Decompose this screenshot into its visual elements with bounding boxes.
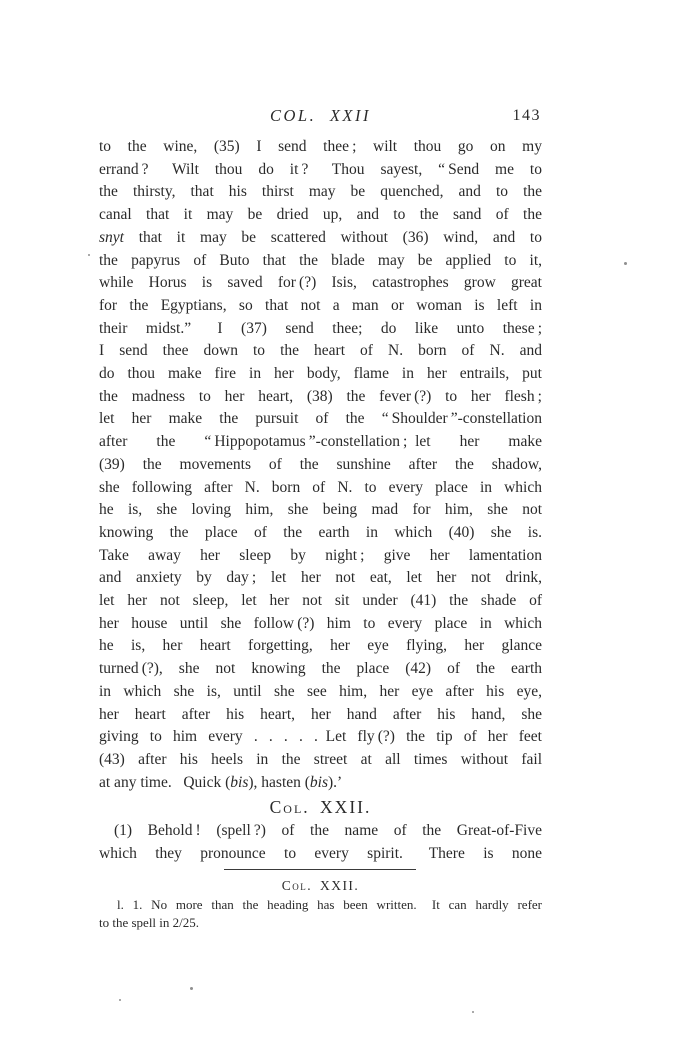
text-segment: turned (?), she not knowing the place (4… bbox=[99, 660, 542, 677]
text-segment: ).’ bbox=[328, 774, 342, 791]
text-line: her house until she follow (?) him to ev… bbox=[99, 613, 542, 636]
text-segment: while Horus is saved for (?) Isis, catas… bbox=[99, 274, 542, 291]
text-line: l. 1. No more than the heading has been … bbox=[99, 896, 542, 914]
text-segment: their midst.” I (37) send thee; do like … bbox=[99, 320, 542, 337]
text-segment: I send thee down to the heart of N. born… bbox=[99, 342, 542, 359]
text-segment: the thirsty, that his thirst may be quen… bbox=[99, 183, 542, 200]
text-segment: giving to him every . . . . . Let fly (?… bbox=[99, 728, 542, 745]
text-segment: after the “ Hippopotamus ”-constellation… bbox=[99, 433, 542, 450]
scan-speck bbox=[624, 262, 627, 265]
text-line: canal that it may be dried up, and to th… bbox=[99, 204, 542, 227]
text-segment: do thou make fire in her body, flame in … bbox=[99, 365, 542, 382]
text-line: I send thee down to the heart of N. born… bbox=[99, 340, 542, 363]
text-segment: knowing the place of the earth in which … bbox=[99, 524, 542, 541]
text-segment: let her not sleep, let her not sit under… bbox=[99, 592, 542, 609]
text-line: and anxiety by day ; let her not eat, le… bbox=[99, 567, 542, 590]
text-segment: she following after N. born of N. to eve… bbox=[99, 479, 542, 496]
text-line: he is, her heart forgetting, her eye fly… bbox=[99, 635, 542, 658]
footnote-separator-rule bbox=[224, 869, 416, 870]
text-segment: l. 1. No more than the heading has been … bbox=[117, 897, 542, 912]
text-segment: the madness to her heart, (38) the fever… bbox=[99, 388, 542, 405]
text-line: in which she is, until she see him, her … bbox=[99, 681, 542, 704]
text-segment: errand ? Wilt thou do it ? Thou sayest, … bbox=[99, 161, 542, 178]
text-segment: in which she is, until she see him, her … bbox=[99, 683, 542, 700]
scan-speck bbox=[119, 999, 121, 1001]
text-line: the thirsty, that his thirst may be quen… bbox=[99, 181, 542, 204]
body-paragraph: to the wine, (35) I send thee ; wilt tho… bbox=[99, 136, 542, 794]
italic-text: bis bbox=[310, 774, 328, 791]
text-segment: Take away her sleep by night ; give her … bbox=[99, 547, 542, 564]
text-line: the madness to her heart, (38) the fever… bbox=[99, 386, 542, 409]
text-line: for the Egyptians, so that not a man or … bbox=[99, 295, 542, 318]
text-segment: (1) Behold ! (spell ?) of the name of th… bbox=[114, 822, 542, 839]
text-segment: which they pronounce to every spirit. Th… bbox=[99, 845, 542, 862]
text-line: after the “ Hippopotamus ”-constellation… bbox=[99, 431, 542, 454]
text-line: while Horus is saved for (?) Isis, catas… bbox=[99, 272, 542, 295]
footnote-text: l. 1. No more than the heading has been … bbox=[99, 896, 542, 932]
text-line: errand ? Wilt thou do it ? Thou sayest, … bbox=[99, 159, 542, 182]
text-line: let her not sleep, let her not sit under… bbox=[99, 590, 542, 613]
text-line: she following after N. born of N. to eve… bbox=[99, 477, 542, 500]
text-segment: her heart after his heart, her hand afte… bbox=[99, 706, 542, 723]
text-line: their midst.” I (37) send thee; do like … bbox=[99, 318, 542, 341]
scan-speck bbox=[88, 254, 90, 256]
text-line: to the wine, (35) I send thee ; wilt tho… bbox=[99, 136, 542, 159]
text-line: (39) the movements of the sunshine after… bbox=[99, 454, 542, 477]
text-line: giving to him every . . . . . Let fly (?… bbox=[99, 726, 542, 749]
text-segment: canal that it may be dried up, and to th… bbox=[99, 206, 542, 223]
text-segment: her house until she follow (?) him to ev… bbox=[99, 615, 542, 632]
text-segment: to the spell in 2/25. bbox=[99, 915, 199, 930]
section-paragraph: (1) Behold ! (spell ?) of the name of th… bbox=[99, 820, 542, 865]
text-line: Take away her sleep by night ; give her … bbox=[99, 545, 542, 568]
text-line: do thou make fire in her body, flame in … bbox=[99, 363, 542, 386]
text-segment: he is, her heart forgetting, her eye fly… bbox=[99, 637, 542, 654]
text-segment: (43) after his heels in the street at al… bbox=[99, 751, 542, 768]
text-line: (43) after his heels in the street at al… bbox=[99, 749, 542, 772]
italic-text: snyt bbox=[99, 229, 124, 246]
text-segment: and anxiety by day ; let her not eat, le… bbox=[99, 569, 542, 586]
text-segment: he is, she loving him, she being mad for… bbox=[99, 501, 542, 518]
text-line: which they pronounce to every spirit. Th… bbox=[99, 843, 542, 866]
text-line: to the spell in 2/25. bbox=[99, 914, 542, 932]
text-line: (1) Behold ! (spell ?) of the name of th… bbox=[99, 820, 542, 843]
text-line: snyt that it may be scattered without (3… bbox=[99, 227, 542, 250]
text-segment: at any time. Quick ( bbox=[99, 774, 230, 791]
scan-speck bbox=[190, 987, 193, 990]
text-line: turned (?), she not knowing the place (4… bbox=[99, 658, 542, 681]
section-heading: Col. XXII. bbox=[99, 797, 542, 818]
text-segment: ), hasten ( bbox=[248, 774, 310, 791]
text-segment: that it may be scattered without (36) wi… bbox=[124, 229, 542, 246]
text-line: her heart after his heart, her hand afte… bbox=[99, 704, 542, 727]
italic-text: bis bbox=[230, 774, 248, 791]
text-line: he is, she loving him, she being mad for… bbox=[99, 499, 542, 522]
text-line: at any time. Quick (bis), hasten (bis).’ bbox=[99, 772, 542, 795]
text-line: the papyrus of Buto that the blade may b… bbox=[99, 250, 542, 273]
text-segment: for the Egyptians, so that not a man or … bbox=[99, 297, 542, 314]
text-segment: the papyrus of Buto that the blade may b… bbox=[99, 252, 542, 269]
text-segment: to the wine, (35) I send thee ; wilt tho… bbox=[99, 138, 542, 155]
text-segment: (39) the movements of the sunshine after… bbox=[99, 456, 542, 473]
text-line: knowing the place of the earth in which … bbox=[99, 522, 542, 545]
footnote-heading: Col. XXII. bbox=[99, 878, 542, 894]
book-page: COL. XXII 143 to the wine, (35) I send t… bbox=[0, 0, 683, 1044]
text-segment: let her make the pursuit of the “ Should… bbox=[99, 410, 542, 427]
text-block: to the wine, (35) I send thee ; wilt tho… bbox=[99, 0, 542, 1044]
text-line: let her make the pursuit of the “ Should… bbox=[99, 408, 542, 431]
scan-speck bbox=[472, 1011, 474, 1013]
